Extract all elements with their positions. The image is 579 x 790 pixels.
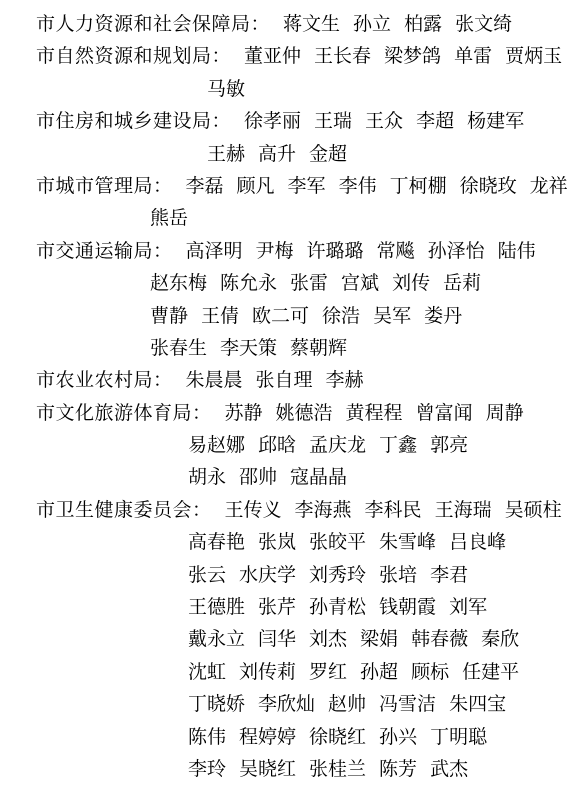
section-continuation-line: 戴永立闫华刘杰梁娟韩春薇秦欣 (0, 624, 579, 656)
section-continuation-line: 丁晓娇李欣灿赵帅冯雪洁朱四宝 (0, 689, 579, 721)
department-roster: 市人力资源和社会保障局：蒋文生孙立柏露张文绮市自然资源和规划局：董亚仲王长春梁梦… (0, 9, 579, 786)
person-name: 李玲 (188, 754, 226, 786)
person-name: 周静 (486, 398, 524, 430)
person-name: 吕良峰 (449, 527, 506, 559)
department-label: 市文化旅游体育局： (36, 398, 212, 430)
person-name: 许璐璐 (307, 236, 364, 268)
person-name: 郭亮 (430, 430, 468, 462)
person-name: 曾富闻 (416, 398, 473, 430)
person-name: 张培 (379, 560, 417, 592)
person-name: 李科民 (365, 495, 422, 527)
person-name: 寇晶晶 (290, 462, 347, 494)
department-section: 市农业农村局：朱晨晨张自理李赫 (0, 365, 579, 397)
person-name: 张云 (188, 560, 226, 592)
department-section: 市住房和城乡建设局：徐孝丽王瑞王众李超杨建军王赫高升金超 (0, 106, 579, 171)
section-continuation-line: 赵东梅陈允永张雷宫斌刘传岳莉 (0, 268, 579, 300)
person-name: 姚德浩 (276, 398, 333, 430)
person-name: 李赫 (326, 365, 364, 397)
person-name: 熊岳 (150, 203, 188, 235)
section-first-line: 市自然资源和规划局：董亚仲王长春梁梦鸽单雷贾炳玉 (0, 41, 579, 73)
department-label: 市卫生健康委员会： (36, 495, 212, 527)
person-name: 李伟 (339, 171, 377, 203)
person-name: 徐浩 (322, 301, 360, 333)
person-name: 孟庆龙 (309, 430, 366, 462)
person-name: 欧二可 (252, 301, 309, 333)
person-name: 陈芳 (379, 754, 417, 786)
person-name: 李海燕 (295, 495, 352, 527)
department-section: 市文化旅游体育局：苏静姚德浩黄程程曾富闻周静易赵娜邱晗孟庆龙丁鑫郭亮胡永邵帅寇晶… (0, 398, 579, 495)
person-name: 陆伟 (498, 236, 536, 268)
person-name: 王瑞 (314, 106, 352, 138)
person-name: 陈伟 (188, 722, 226, 754)
person-name: 闫华 (258, 624, 296, 656)
person-name: 朱雪峰 (379, 527, 436, 559)
section-continuation-line: 胡永邵帅寇晶晶 (0, 462, 579, 494)
person-name: 丁晓娇 (188, 689, 245, 721)
person-name: 张岚 (258, 527, 296, 559)
person-name: 孙泽怡 (428, 236, 485, 268)
person-name: 任建平 (462, 657, 519, 689)
document-page: 市人力资源和社会保障局：蒋文生孙立柏露张文绮市自然资源和规划局：董亚仲王长春梁梦… (0, 0, 579, 790)
person-name: 黄程程 (346, 398, 403, 430)
person-name: 张皎平 (309, 527, 366, 559)
section-first-line: 市住房和城乡建设局：徐孝丽王瑞王众李超杨建军 (0, 106, 579, 138)
person-name: 赵帅 (328, 689, 366, 721)
person-name: 张芹 (258, 592, 296, 624)
person-name: 娄丹 (424, 301, 462, 333)
person-name: 李欣灿 (258, 689, 315, 721)
person-name: 徐晓玫 (460, 171, 517, 203)
person-name: 曹静 (150, 301, 188, 333)
person-name: 张文绮 (455, 9, 512, 41)
person-name: 邵帅 (239, 462, 277, 494)
person-name: 马敏 (207, 74, 245, 106)
department-label: 市交通运输局： (36, 236, 173, 268)
person-name: 秦欣 (481, 624, 519, 656)
person-name: 吴硕柱 (505, 495, 562, 527)
person-name: 张春生 (150, 333, 207, 365)
person-name: 李天策 (220, 333, 277, 365)
person-name: 杨建军 (467, 106, 524, 138)
person-name: 张自理 (256, 365, 313, 397)
person-name: 刘传 (392, 268, 430, 300)
person-name: 水庆学 (239, 560, 296, 592)
person-name: 单雷 (454, 41, 492, 73)
person-name: 丁柯棚 (390, 171, 447, 203)
person-name: 王海瑞 (435, 495, 492, 527)
person-name: 徐孝丽 (244, 106, 301, 138)
person-name: 邱晗 (258, 430, 296, 462)
section-first-line: 市交通运输局：高泽明尹梅许璐璐常飚孙泽怡陆伟 (0, 236, 579, 268)
department-label: 市自然资源和规划局： (36, 41, 231, 73)
person-name: 王德胜 (188, 592, 245, 624)
section-continuation-line: 沈虹刘传莉罗红孙超顾标任建平 (0, 657, 579, 689)
person-name: 冯雪洁 (379, 689, 436, 721)
person-name: 张桂兰 (309, 754, 366, 786)
person-name: 梁梦鸽 (384, 41, 441, 73)
person-name: 梁娟 (360, 624, 398, 656)
department-section: 市自然资源和规划局：董亚仲王长春梁梦鸽单雷贾炳玉马敏 (0, 41, 579, 106)
person-name: 刘杰 (309, 624, 347, 656)
person-name: 王长春 (314, 41, 371, 73)
person-name: 刘传莉 (239, 657, 296, 689)
person-name: 易赵娜 (188, 430, 245, 462)
person-name: 高春艳 (188, 527, 245, 559)
department-label: 市城市管理局： (36, 171, 173, 203)
person-name: 沈虹 (188, 657, 226, 689)
person-name: 王传义 (225, 495, 282, 527)
section-continuation-line: 张春生李天策蔡朝辉 (0, 333, 579, 365)
section-continuation-line: 马敏 (0, 74, 579, 106)
person-name: 韩春薇 (411, 624, 468, 656)
department-section: 市城市管理局：李磊顾凡李军李伟丁柯棚徐晓玫龙祥熊岳 (0, 171, 579, 236)
person-name: 顾标 (411, 657, 449, 689)
department-label: 市人力资源和社会保障局： (36, 9, 270, 41)
department-section: 市交通运输局：高泽明尹梅许璐璐常飚孙泽怡陆伟赵东梅陈允永张雷宫斌刘传岳莉曹静王倩… (0, 236, 579, 366)
section-continuation-line: 李玲吴晓红张桂兰陈芳武杰 (0, 754, 579, 786)
section-first-line: 市文化旅游体育局：苏静姚德浩黄程程曾富闻周静 (0, 398, 579, 430)
person-name: 钱朝霞 (379, 592, 436, 624)
person-name: 蔡朝辉 (290, 333, 347, 365)
person-name: 朱晨晨 (186, 365, 243, 397)
person-name: 孙立 (353, 9, 391, 41)
section-continuation-line: 陈伟程婷婷徐晓红孙兴丁明聪 (0, 722, 579, 754)
person-name: 赵东梅 (150, 268, 207, 300)
section-first-line: 市卫生健康委员会：王传义李海燕李科民王海瑞吴硕柱 (0, 495, 579, 527)
person-name: 王赫 (207, 139, 245, 171)
person-name: 董亚仲 (244, 41, 301, 73)
person-name: 胡永 (188, 462, 226, 494)
person-name: 刘军 (449, 592, 487, 624)
person-name: 李军 (288, 171, 326, 203)
section-continuation-line: 王赫高升金超 (0, 139, 579, 171)
person-name: 武杰 (430, 754, 468, 786)
person-name: 宫斌 (341, 268, 379, 300)
person-name: 岳莉 (443, 268, 481, 300)
person-name: 刘秀玲 (309, 560, 366, 592)
person-name: 贾炳玉 (505, 41, 562, 73)
section-continuation-line: 曹静王倩欧二可徐浩吴军娄丹 (0, 301, 579, 333)
person-name: 戴永立 (188, 624, 245, 656)
person-name: 蒋文生 (283, 9, 340, 41)
person-name: 徐晓红 (309, 722, 366, 754)
section-continuation-line: 张云水庆学刘秀玲张培李君 (0, 560, 579, 592)
section-continuation-line: 高春艳张岚张皎平朱雪峰吕良峰 (0, 527, 579, 559)
department-label: 市农业农村局： (36, 365, 173, 397)
person-name: 丁明聪 (430, 722, 487, 754)
person-name: 丁鑫 (379, 430, 417, 462)
person-name: 孙青松 (309, 592, 366, 624)
person-name: 张雷 (290, 268, 328, 300)
person-name: 李超 (416, 106, 454, 138)
department-label: 市住房和城乡建设局： (36, 106, 231, 138)
person-name: 罗红 (309, 657, 347, 689)
person-name: 孙兴 (379, 722, 417, 754)
person-name: 程婷婷 (239, 722, 296, 754)
department-section: 市人力资源和社会保障局：蒋文生孙立柏露张文绮 (0, 9, 579, 41)
person-name: 龙祥 (530, 171, 568, 203)
person-name: 尹梅 (256, 236, 294, 268)
person-name: 柏露 (404, 9, 442, 41)
person-name: 吴晓红 (239, 754, 296, 786)
person-name: 苏静 (225, 398, 263, 430)
person-name: 李君 (430, 560, 468, 592)
person-name: 孙超 (360, 657, 398, 689)
person-name: 陈允永 (220, 268, 277, 300)
person-name: 王众 (365, 106, 403, 138)
section-continuation-line: 王德胜张芹孙青松钱朝霞刘军 (0, 592, 579, 624)
person-name: 王倩 (201, 301, 239, 333)
person-name: 顾凡 (237, 171, 275, 203)
section-continuation-line: 熊岳 (0, 203, 579, 235)
person-name: 常飚 (377, 236, 415, 268)
person-name: 李磊 (186, 171, 224, 203)
person-name: 高泽明 (186, 236, 243, 268)
person-name: 高升 (258, 139, 296, 171)
person-name: 朱四宝 (449, 689, 506, 721)
section-first-line: 市人力资源和社会保障局：蒋文生孙立柏露张文绮 (0, 9, 579, 41)
department-section: 市卫生健康委员会：王传义李海燕李科民王海瑞吴硕柱高春艳张岚张皎平朱雪峰吕良峰张云… (0, 495, 579, 787)
section-continuation-line: 易赵娜邱晗孟庆龙丁鑫郭亮 (0, 430, 579, 462)
section-first-line: 市农业农村局：朱晨晨张自理李赫 (0, 365, 579, 397)
person-name: 金超 (309, 139, 347, 171)
section-first-line: 市城市管理局：李磊顾凡李军李伟丁柯棚徐晓玫龙祥 (0, 171, 579, 203)
person-name: 吴军 (373, 301, 411, 333)
